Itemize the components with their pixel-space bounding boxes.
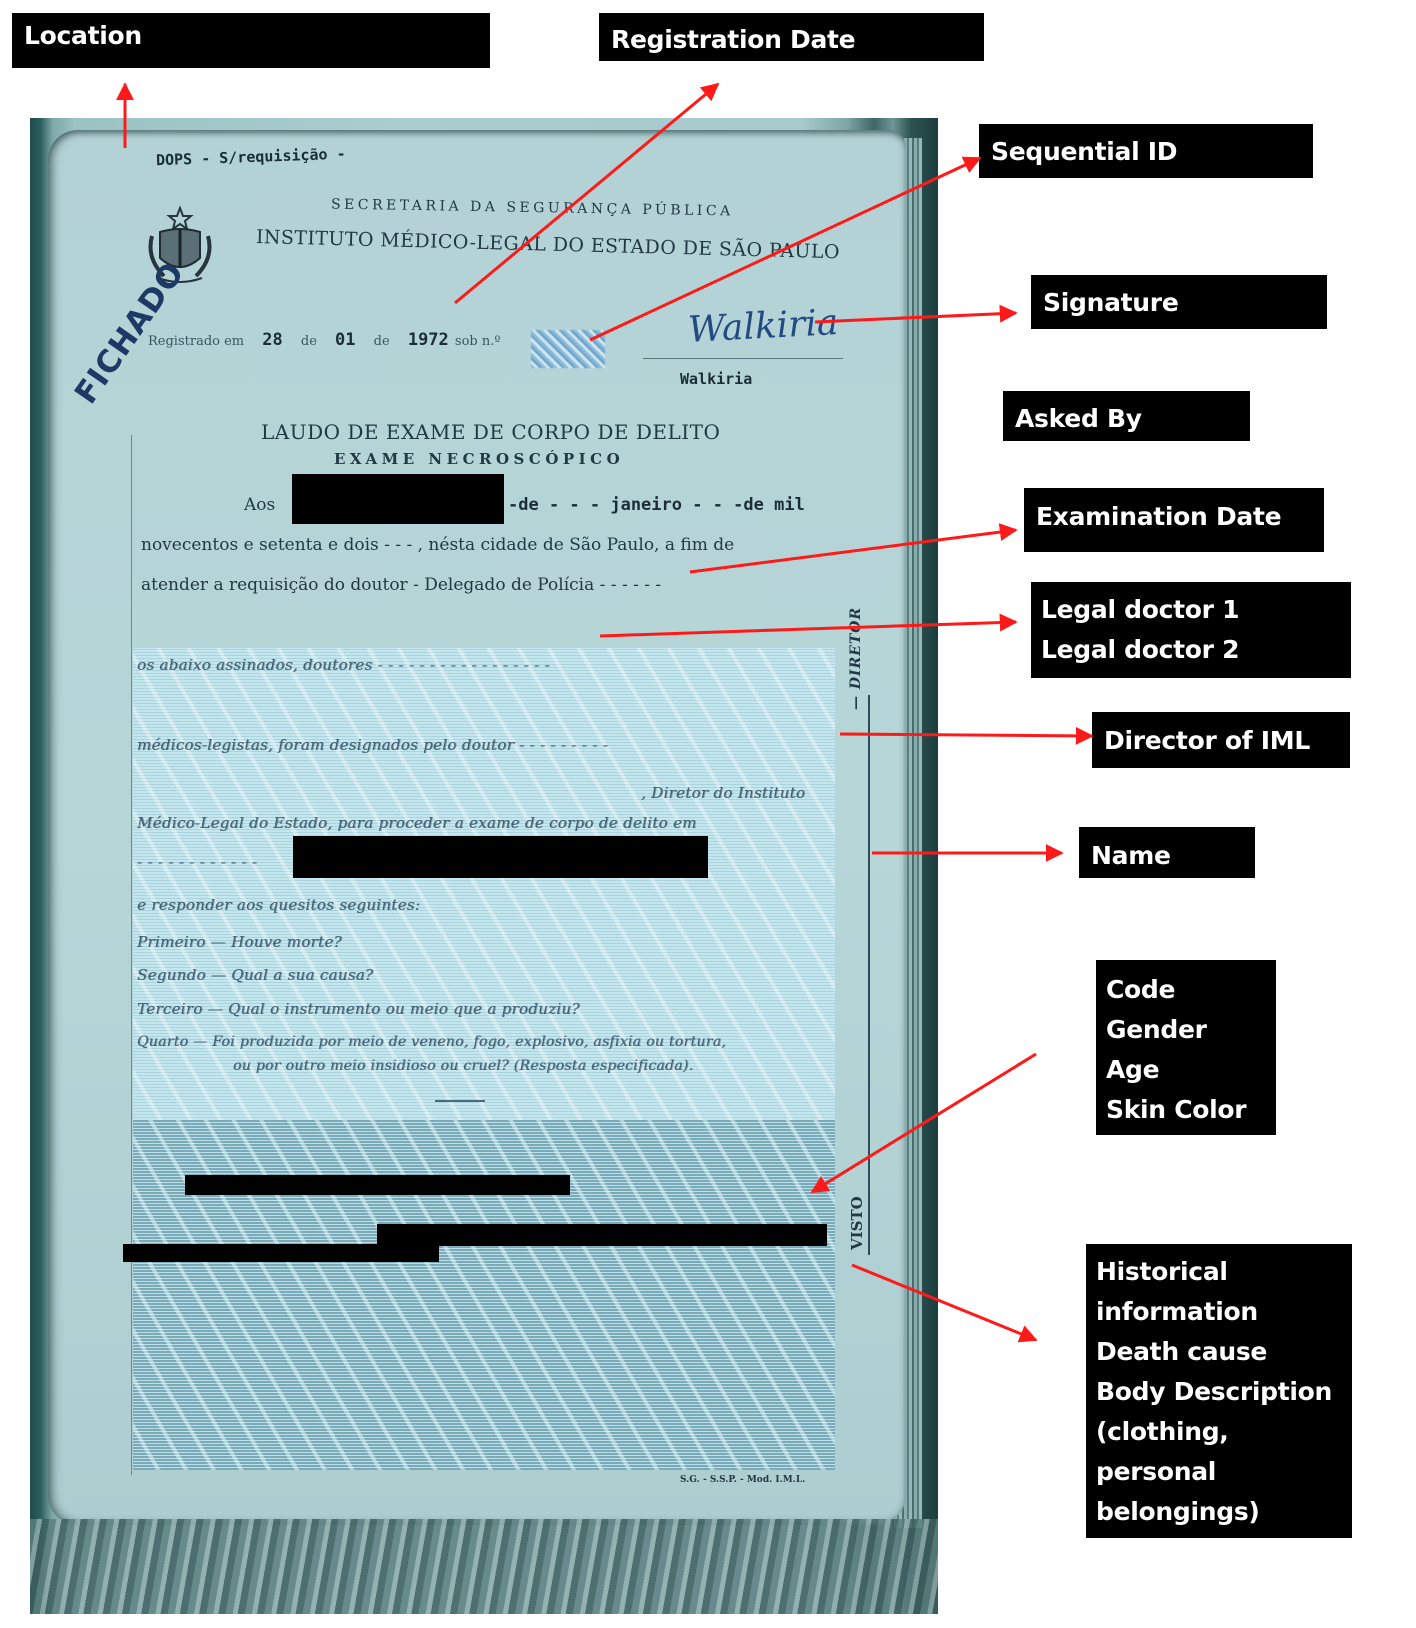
label-name: Name <box>1079 827 1255 878</box>
redaction-exam-day <box>292 474 504 524</box>
label-sequential-id: Sequential ID <box>979 124 1313 178</box>
org-line-2: INSTITUTO MÉDICO-LEGAL DO ESTADO DE SÃO … <box>256 226 840 263</box>
label-asked-by: Asked By <box>1003 391 1250 441</box>
label-body-description: Body Description <box>1096 1372 1342 1412</box>
label-personal: personal <box>1096 1452 1342 1492</box>
registration-de-2: de <box>374 334 390 349</box>
registration-year: 1972 <box>408 330 449 350</box>
redaction-personal-1 <box>377 1224 827 1246</box>
location-note: DOPS - S/requisição - <box>156 145 346 170</box>
exam-line-1-suffix: -de - - - janeiro - - -de mil <box>508 495 805 515</box>
signature: Walkiria <box>687 302 839 351</box>
obfuscated-history-block <box>133 1120 835 1470</box>
form-code: S.G. - S.S.P. - Mod. I.M.L. <box>680 1475 805 1485</box>
document-subtitle: EXAME NECROSCÓPICO <box>334 450 624 468</box>
exam-line-1-prefix: Aos <box>244 495 275 515</box>
registration-sob: sob n.º <box>455 334 501 349</box>
exam-line-2: novecentos e setenta e dois - - - , nést… <box>141 535 734 555</box>
margin-rule-left <box>131 435 132 1475</box>
label-age: Age <box>1106 1050 1266 1090</box>
document-page: DOPS - S/requisição - SECRETARIA DA SEGU… <box>48 130 906 1525</box>
obfuscated-line: Terceiro — Qual o instrumento ou meio qu… <box>137 1000 580 1018</box>
label-historical: Historical <box>1096 1252 1342 1292</box>
document-title: LAUDO DE EXAME DE CORPO DE DELITO <box>261 420 720 444</box>
obfuscated-line: Segundo — Qual a sua causa? <box>137 966 373 984</box>
label-history-fields: Historical information Death cause Body … <box>1086 1244 1352 1538</box>
redaction-name <box>293 836 708 878</box>
visto-signature-line <box>868 695 870 1255</box>
label-legal-doctors: Legal doctor 1 Legal doctor 2 <box>1031 582 1351 678</box>
label-gender: Gender <box>1106 1010 1266 1050</box>
exam-line-3: atender a requisição do doutor - Delegad… <box>141 575 661 595</box>
registration-day: 28 <box>262 330 282 350</box>
obfuscated-line: e responder aos quesitos seguintes: <box>137 896 420 914</box>
label-clothing: (clothing, <box>1096 1412 1342 1452</box>
signature-line <box>643 358 843 359</box>
label-death-cause: Death cause <box>1096 1332 1342 1372</box>
obfuscated-line: médicos-legistas, foram designados pelo … <box>137 736 608 754</box>
obfuscated-line: ou por outro meio insidioso ou cruel? (R… <box>233 1058 693 1074</box>
visto-label-vertical: VISTO <box>848 1196 866 1250</box>
registration-month: 01 <box>335 330 355 350</box>
obfuscated-line: Médico-Legal do Estado, para proceder a … <box>137 814 697 832</box>
obfuscated-line: Primeiro — Houve morte? <box>137 933 342 951</box>
label-registration-date: Registration Date <box>599 13 984 61</box>
sequential-id-blurred <box>531 330 605 368</box>
label-location: Location <box>12 13 490 68</box>
label-personal-fields: Code Gender Age Skin Color <box>1096 960 1276 1135</box>
obfuscated-doctors-block: os abaixo assinados, doutores - - - - - … <box>133 648 835 1120</box>
obfuscated-line: - - - - - - - - - - - - <box>137 853 257 871</box>
label-signature: Signature <box>1031 275 1327 329</box>
org-line-1: SECRETARIA DA SEGURANÇA PÚBLICA <box>331 196 734 219</box>
registration-prefix: Registrado em <box>148 334 244 349</box>
label-code: Code <box>1106 970 1266 1010</box>
label-legal-doctor-1: Legal doctor 1 <box>1041 590 1341 630</box>
redaction-personal-2 <box>123 1244 439 1262</box>
label-legal-doctor-2: Legal doctor 2 <box>1041 630 1341 670</box>
label-examination-date: Examination Date <box>1024 488 1324 552</box>
label-information: information <box>1096 1292 1342 1332</box>
signer-name: Walkiria <box>680 370 752 388</box>
director-label-vertical: — DIRETOR <box>848 607 864 710</box>
redaction-code <box>185 1175 570 1195</box>
obfuscated-line: Quarto — Foi produzida por meio de venen… <box>137 1034 726 1050</box>
section-divider <box>435 1100 485 1102</box>
label-director: Director of IML <box>1092 712 1350 768</box>
label-skin-color: Skin Color <box>1106 1090 1266 1130</box>
obfuscated-line: os abaixo assinados, doutores - - - - - … <box>137 656 550 674</box>
label-belongings: belongings) <box>1096 1492 1342 1532</box>
document-photo: DOPS - S/requisição - SECRETARIA DA SEGU… <box>30 118 938 1614</box>
registration-de-1: de <box>301 334 317 349</box>
obfuscated-line: , Diretor do Instituto <box>641 784 805 802</box>
registration-row: Registrado em 28 de 01 de 1972 sob n.º <box>148 330 501 350</box>
